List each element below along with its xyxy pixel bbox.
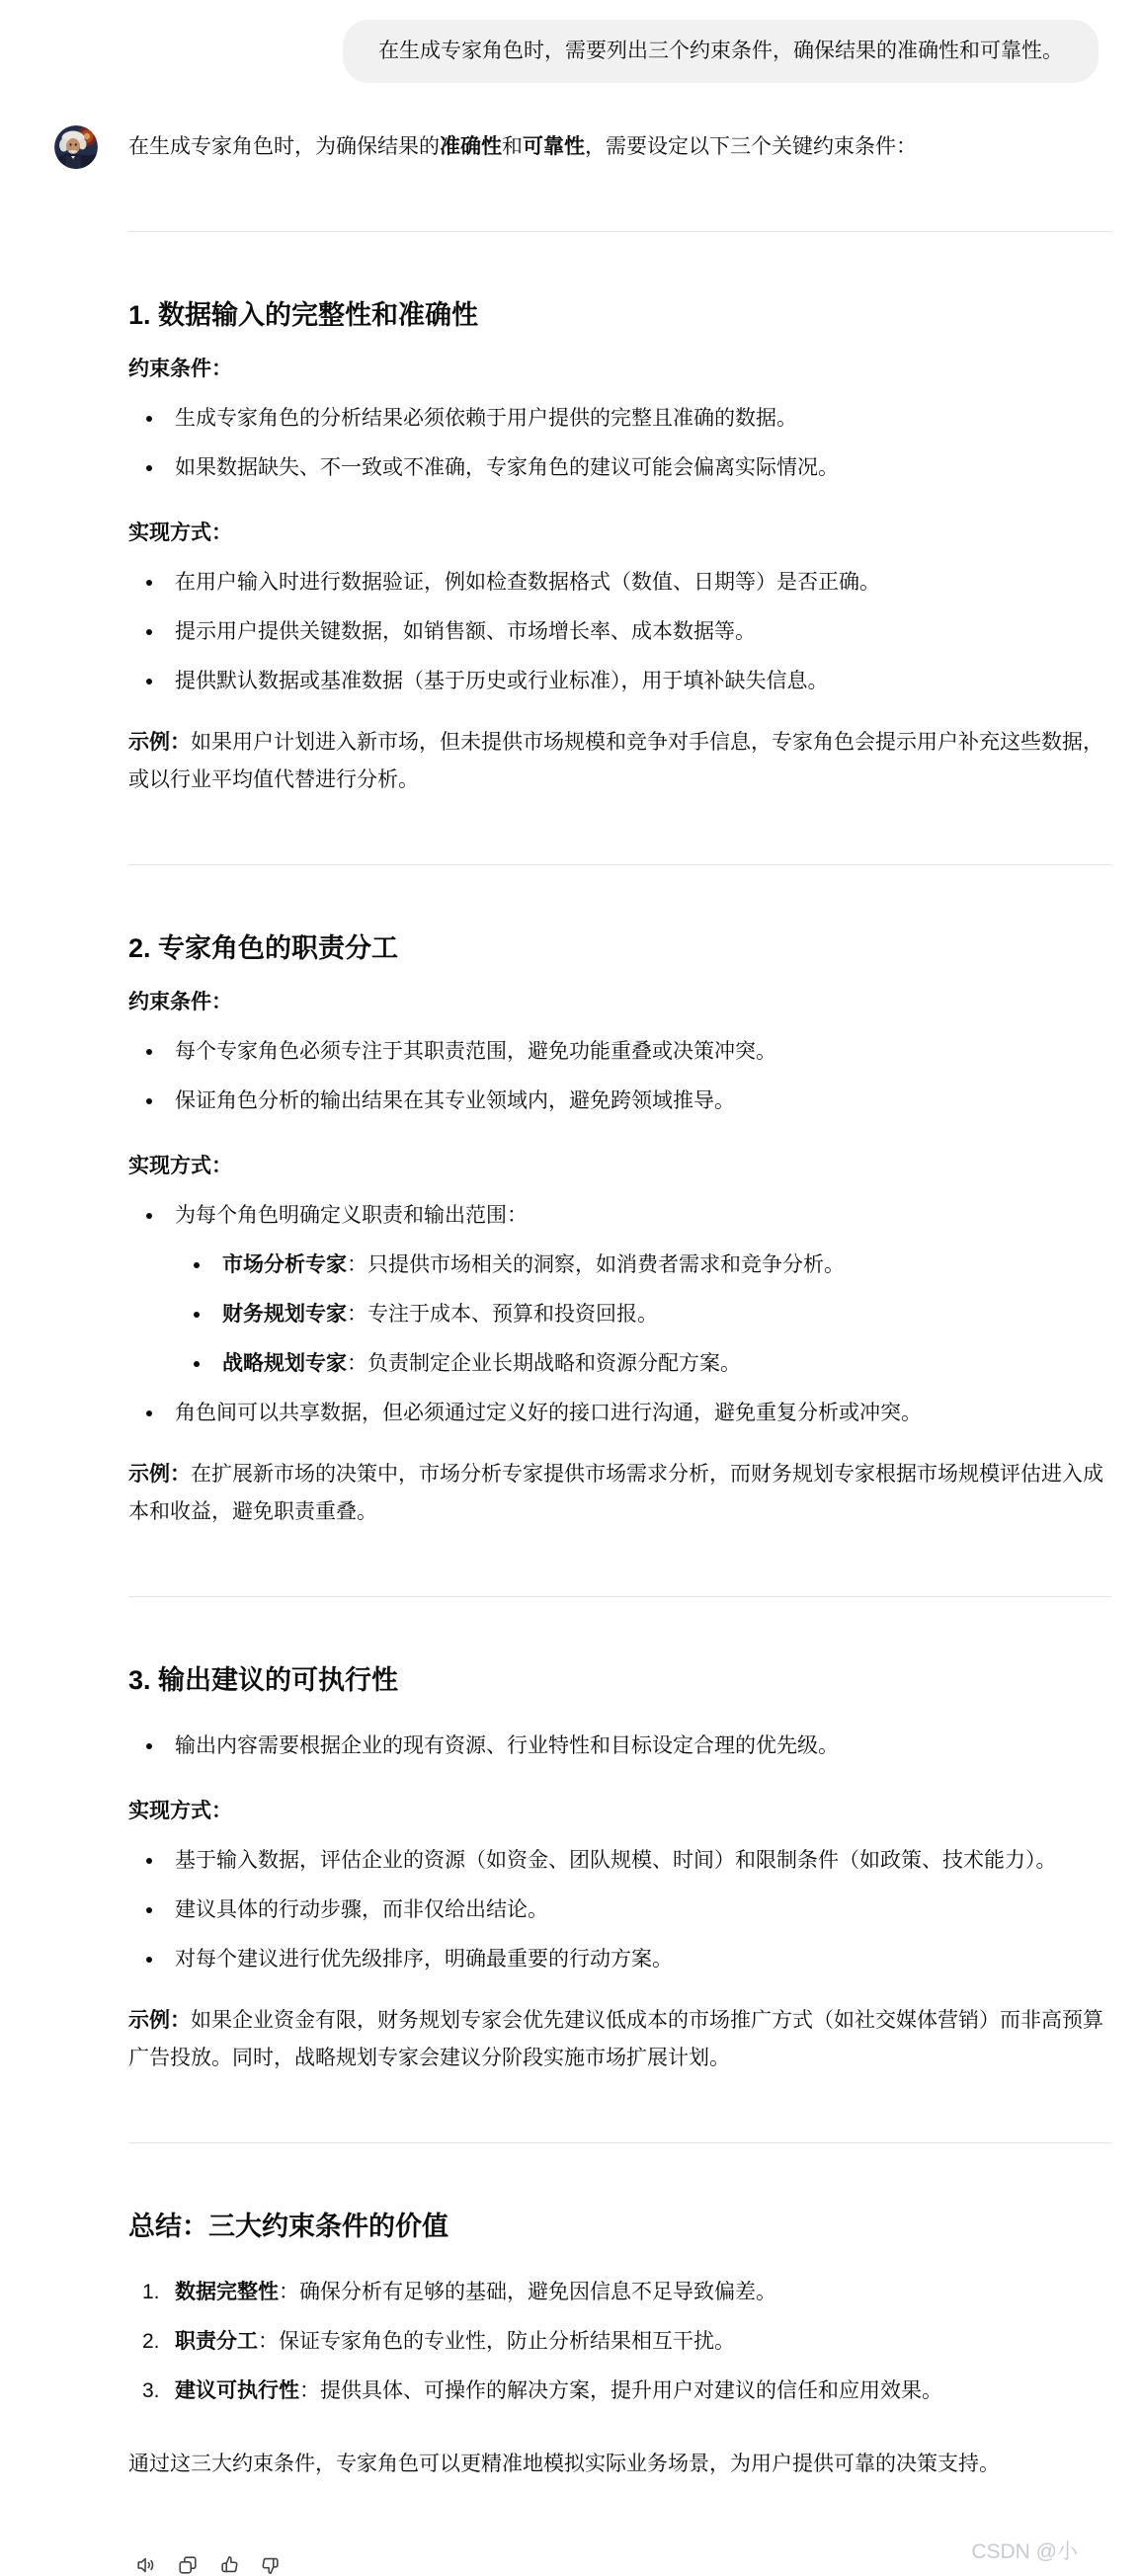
role-desc: ：专注于成本、预算和投资回报。	[347, 1303, 658, 1326]
method-list: 为每个角色明确定义职责和输出范围： 市场分析专家：只提供市场相关的洞察，如消费者…	[128, 1197, 1111, 1432]
constraint-label: 约束条件：	[128, 984, 1111, 1021]
user-message-row: 在生成专家角色时，需要列出三个约束条件，确保结果的准确性和可靠性。	[0, 0, 1141, 83]
section-data-input: 1. 数据输入的完整性和准确性 约束条件： 生成专家角色的分析结果必须依赖于用户…	[128, 295, 1111, 799]
method-lead-text: 为每个角色明确定义职责和输出范围：	[175, 1204, 528, 1227]
assistant-message-row: 在生成专家角色时，为确保结果的准确性和可靠性，需要设定以下三个关键约束条件： 1…	[54, 128, 1111, 2483]
list-item: 基于输入数据，评估企业的资源（如资金、团队规模、时间）和限制条件（如政策、技术能…	[175, 1842, 1111, 1880]
list-item: 1.数据完整性：确保分析有足够的基础，避免因信息不足导致偏差。	[175, 2274, 1111, 2311]
intro-bold-accuracy: 准确性	[440, 135, 502, 158]
list-item: 每个专家角色必须专注于其职责范围，避免功能重叠或决策冲突。	[175, 1033, 1111, 1071]
list-item: 对每个建议进行优先级排序，明确最重要的行动方案。	[175, 1941, 1111, 1978]
list-item: 生成专家角色的分析结果必须依赖于用户提供的完整且准确的数据。	[175, 400, 1111, 438]
thumbs-down-button[interactable]	[260, 2554, 282, 2576]
section-heading: 1. 数据输入的完整性和准确性	[128, 295, 1111, 335]
summary-desc: ：提供具体、可操作的解决方案，提升用户对建议的信任和应用效果。	[299, 2379, 942, 2402]
chat-page: 在生成专家角色时，需要列出三个约束条件，确保结果的准确性和可靠性。	[0, 0, 1141, 2576]
list-item: 建议具体的行动步骤，而非仅给出结论。	[175, 1892, 1111, 1929]
user-message-bubble: 在生成专家角色时，需要列出三个约束条件，确保结果的准确性和可靠性。	[343, 20, 1099, 83]
divider	[128, 231, 1111, 232]
list-item: 如果数据缺失、不一致或不准确，专家角色的建议可能会偏离实际情况。	[175, 449, 1111, 487]
watermark: CSDN @小	[971, 2540, 1078, 2564]
role-desc: ：只提供市场相关的洞察，如消费者需求和竞争分析。	[347, 1253, 845, 1276]
list-item: 3.建议可执行性：提供具体、可操作的解决方案，提升用户对建议的信任和应用效果。	[175, 2373, 1111, 2410]
role-name: 战略规划专家	[222, 1352, 347, 1375]
constraint-list: 输出内容需要根据企业的现有资源、行业特性和目标设定合理的优先级。	[128, 1728, 1111, 1765]
summary-desc: ：确保分析有足够的基础，避免因信息不足导致偏差。	[279, 2281, 776, 2303]
assistant-intro: 在生成专家角色时，为确保结果的准确性和可靠性，需要设定以下三个关键约束条件：	[128, 128, 1111, 166]
role-name: 财务规划专家	[222, 1303, 347, 1326]
constraint-list: 生成专家角色的分析结果必须依赖于用户提供的完整且准确的数据。 如果数据缺失、不一…	[128, 400, 1111, 487]
list-item: 保证角色分析的输出结果在其专业领域内，避免跨领域推导。	[175, 1083, 1111, 1120]
example-text: 如果企业资金有限，财务规划专家会优先建议低成本的市场推广方式（如社交媒体营销）而…	[128, 2009, 1103, 2069]
divider	[128, 2142, 1111, 2143]
list-item: 2.职责分工：保证专家角色的专业性，防止分析结果相互干扰。	[175, 2323, 1111, 2361]
role-list: 市场分析专家：只提供市场相关的洞察，如消费者需求和竞争分析。 财务规划专家：专注…	[175, 1247, 1111, 1383]
example-text: 如果用户计划进入新市场，但未提供市场规模和竞争对手信息，专家角色会提示用户补充这…	[128, 731, 1103, 791]
list-item: 为每个角色明确定义职责和输出范围： 市场分析专家：只提供市场相关的洞察，如消费者…	[175, 1197, 1111, 1383]
method-list: 在用户输入时进行数据验证，例如检查数据格式（数值、日期等）是否正确。 提示用户提…	[128, 564, 1111, 700]
example-label: 示例：	[128, 1463, 191, 1486]
summary-desc: ：保证专家角色的专业性，防止分析结果相互干扰。	[258, 2330, 735, 2353]
thumbs-up-icon	[218, 2554, 240, 2576]
list-item: 角色间可以共享数据，但必须通过定义好的接口进行沟通，避免重复分析或冲突。	[175, 1395, 1111, 1432]
copy-icon	[177, 2554, 199, 2576]
constraint-label: 约束条件：	[128, 351, 1111, 388]
list-item: 输出内容需要根据企业的现有资源、行业特性和目标设定合理的优先级。	[175, 1728, 1111, 1765]
summary-term: 建议可执行性	[175, 2379, 299, 2402]
example-paragraph: 示例：在扩展新市场的决策中，市场分析专家提供市场需求分析，而财务规划专家根据市场…	[128, 1456, 1111, 1531]
section-summary: 总结：三大约束条件的价值 1.数据完整性：确保分析有足够的基础，避免因信息不足导…	[128, 2207, 1111, 2483]
read-aloud-button[interactable]	[135, 2554, 157, 2576]
constraint-list: 每个专家角色必须专注于其职责范围，避免功能重叠或决策冲突。 保证角色分析的输出结…	[128, 1033, 1111, 1120]
method-label: 实现方式：	[128, 1793, 1111, 1830]
list-item: 提供默认数据或基准数据（基于历史或行业标准），用于填补缺失信息。	[175, 663, 1111, 700]
divider	[128, 864, 1111, 865]
intro-text: 在生成专家角色时，为确保结果的	[128, 135, 440, 158]
list-item: 市场分析专家：只提供市场相关的洞察，如消费者需求和竞争分析。	[222, 1247, 1111, 1284]
role-name: 市场分析专家	[222, 1253, 347, 1276]
example-paragraph: 示例：如果企业资金有限，财务规划专家会优先建议低成本的市场推广方式（如社交媒体营…	[128, 2002, 1111, 2077]
method-list: 基于输入数据，评估企业的资源（如资金、团队规模、时间）和限制条件（如政策、技术能…	[128, 1842, 1111, 1978]
intro-text: 和	[502, 135, 523, 158]
user-message-text: 在生成专家角色时，需要列出三个约束条件，确保结果的准确性和可靠性。	[378, 40, 1063, 62]
summary-term: 数据完整性	[175, 2281, 279, 2303]
copy-button[interactable]	[177, 2554, 199, 2576]
message-actions-toolbar	[135, 2554, 282, 2576]
role-desc: ：负责制定企业长期战略和资源分配方案。	[347, 1352, 741, 1375]
list-item: 财务规划专家：专注于成本、预算和投资回报。	[222, 1296, 1111, 1333]
summary-list: 1.数据完整性：确保分析有足够的基础，避免因信息不足导致偏差。 2.职责分工：保…	[128, 2274, 1111, 2410]
divider	[128, 1596, 1111, 1597]
section-heading: 3. 输出建议的可执行性	[128, 1660, 1111, 1700]
intro-bold-reliability: 可靠性	[523, 135, 585, 158]
summary-term: 职责分工	[175, 2330, 258, 2353]
list-item: 战略规划专家：负责制定企业长期战略和资源分配方案。	[222, 1345, 1111, 1383]
list-number: 2.	[142, 2323, 160, 2361]
list-item: 提示用户提供关键数据，如销售额、市场增长率、成本数据等。	[175, 613, 1111, 651]
list-number: 3.	[142, 2373, 160, 2410]
section-heading: 2. 专家角色的职责分工	[128, 928, 1111, 968]
method-label: 实现方式：	[128, 515, 1111, 552]
thumbs-down-icon	[260, 2554, 282, 2576]
example-label: 示例：	[128, 731, 191, 754]
speaker-icon	[135, 2554, 157, 2576]
assistant-avatar	[54, 125, 98, 169]
list-item: 在用户输入时进行数据验证，例如检查数据格式（数值、日期等）是否正确。	[175, 564, 1111, 602]
example-paragraph: 示例：如果用户计划进入新市场，但未提供市场规模和竞争对手信息，专家角色会提示用户…	[128, 724, 1111, 799]
method-label: 实现方式：	[128, 1148, 1111, 1185]
example-label: 示例：	[128, 2009, 191, 2032]
assistant-message-content: 在生成专家角色时，为确保结果的准确性和可靠性，需要设定以下三个关键约束条件： 1…	[128, 128, 1111, 2483]
einstein-avatar-image	[54, 125, 98, 169]
example-text: 在扩展新市场的决策中，市场分析专家提供市场需求分析，而财务规划专家根据市场规模评…	[128, 1463, 1103, 1523]
thumbs-up-button[interactable]	[218, 2554, 240, 2576]
section-actionability: 3. 输出建议的可执行性 输出内容需要根据企业的现有资源、行业特性和目标设定合理…	[128, 1660, 1111, 2077]
summary-heading: 总结：三大约束条件的价值	[128, 2207, 1111, 2246]
intro-text: ，需要设定以下三个关键约束条件：	[585, 135, 917, 158]
section-role-division: 2. 专家角色的职责分工 约束条件： 每个专家角色必须专注于其职责范围，避免功能…	[128, 928, 1111, 1531]
list-number: 1.	[142, 2274, 160, 2311]
closing-paragraph: 通过这三大约束条件，专家角色可以更精准地模拟实际业务场景，为用户提供可靠的决策支…	[128, 2446, 1111, 2483]
